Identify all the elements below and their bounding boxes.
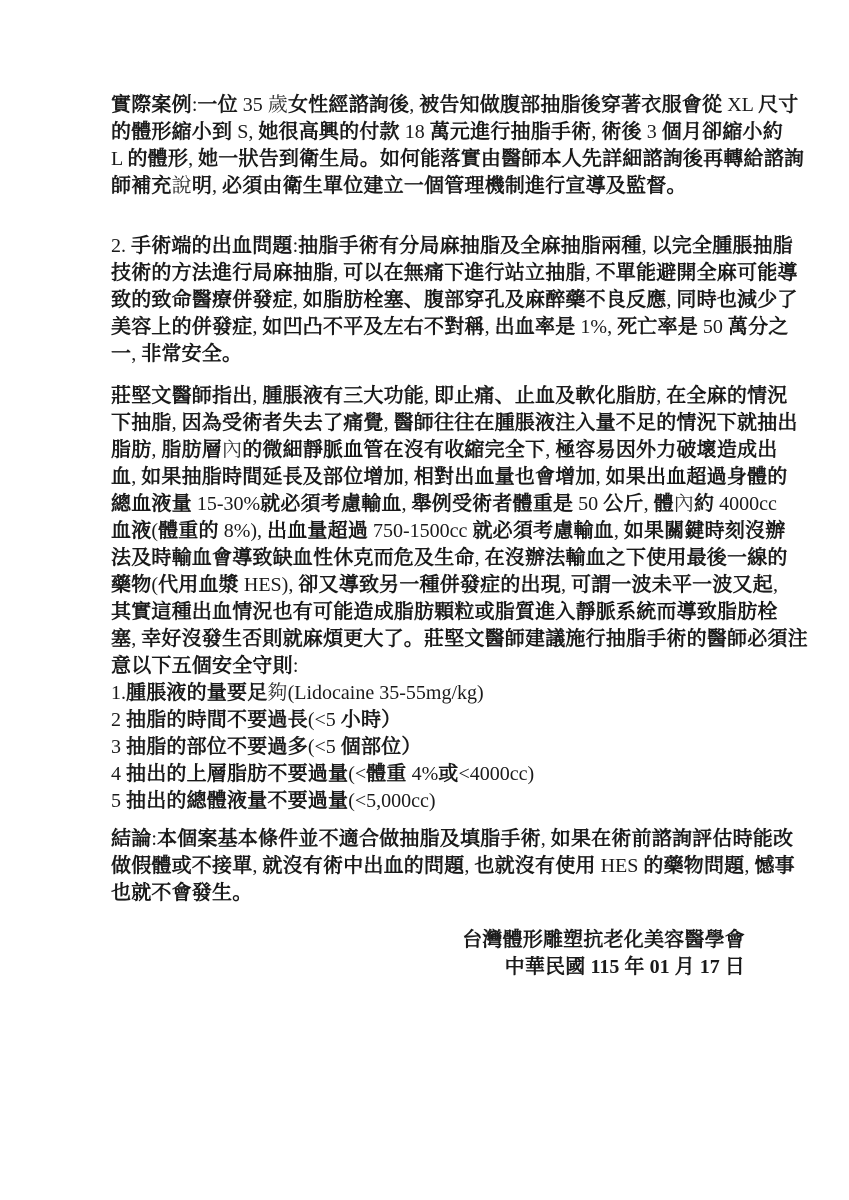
list-safety-rules: 1.腫脹液的量要足夠(Lidocaine 35-55mg/kg)2 抽脂的時間不… xyxy=(111,680,745,815)
text-line: 2 抽脂的時間不要過長(<5 小時） xyxy=(111,707,745,734)
text-line: 血, 如果抽脂時間延長及部位增加, 相對出血量也會增加, 如果出血超過身體的 xyxy=(111,464,745,491)
text-line: 其實這種出血情況也有可能造成脂肪顆粒或脂質進入靜脈系統而導致脂肪栓 xyxy=(111,599,745,626)
document-body: 實際案例:一位 35 歲女性經諮詢後, 被告知做腹部抽脂後穿著衣服會從 XL 尺… xyxy=(111,92,745,981)
text-line: 莊堅文醫師指出, 腫脹液有三大功能, 即止痛、止血及軟化脂肪, 在全麻的情況 xyxy=(111,383,745,410)
text-line: 師補充說明, 必須由衛生單位建立一個管理機制進行宣導及監督。 xyxy=(111,173,745,200)
text-line: 美容上的併發症, 如凹凸不平及左右不對稱, 出血率是 1%, 死亡率是 50 萬… xyxy=(111,314,745,341)
document-footer: 台灣體形雕塑抗老化美容醫學會 中華民國 115 年 01 月 17 日 xyxy=(111,927,745,981)
document-page: 實際案例:一位 35 歲女性經諮詢後, 被告知做腹部抽脂後穿著衣服會從 XL 尺… xyxy=(0,0,849,1200)
paragraph-bleeding-issue: 2. 手術端的出血問題:抽脂手術有分局麻抽脂及全麻抽脂兩種, 以完全腫脹抽脂技術… xyxy=(111,233,745,368)
text-line: 實際案例:一位 35 歲女性經諮詢後, 被告知做腹部抽脂後穿著衣服會從 XL 尺… xyxy=(111,92,745,119)
paragraph-tumescent-functions: 莊堅文醫師指出, 腫脹液有三大功能, 即止痛、止血及軟化脂肪, 在全麻的情況下抽… xyxy=(111,383,745,680)
text-line: 2. 手術端的出血問題:抽脂手術有分局麻抽脂及全麻抽脂兩種, 以完全腫脹抽脂 xyxy=(111,233,745,260)
text-line: 法及時輸血會導致缺血性休克而危及生命, 在沒辦法輸血之下使用最後一線的 xyxy=(111,545,745,572)
text-line: 血液(體重的 8%), 出血量超過 750-1500cc 就必須考慮輸血, 如果… xyxy=(111,518,745,545)
text-line: L 的體形, 她一狀告到衛生局。如何能落實由醫師本人先詳細諮詢後再轉給諮詢 xyxy=(111,146,745,173)
text-line: 3 抽脂的部位不要過多(<5 個部位） xyxy=(111,734,745,761)
text-line: 5 抽出的總體液量不要過量(<5,000cc) xyxy=(111,788,745,815)
text-line: 脂肪, 脂肪層內的微細靜脈血管在沒有收縮完全下, 極容易因外力破壞造成出 xyxy=(111,437,745,464)
text-line: 結論:本個案基本條件並不適合做抽脂及填脂手術, 如果在術前諮詢評估時能改 xyxy=(111,826,745,853)
text-line: 做假體或不接單, 就沒有術中出血的問題, 也就沒有使用 HES 的藥物問題, 憾… xyxy=(111,853,745,880)
text-line: 4 抽出的上層脂肪不要過量(<體重 4%或<4000cc) xyxy=(111,761,745,788)
text-line: 技術的方法進行局麻抽脂, 可以在無痛下進行站立抽脂, 不單能避開全麻可能導 xyxy=(111,260,745,287)
footer-organization: 台灣體形雕塑抗老化美容醫學會 xyxy=(111,927,745,954)
text-line: 下抽脂, 因為受術者失去了痛覺, 醫師往往在腫脹液注入量不足的情況下就抽出 xyxy=(111,410,745,437)
text-line: 塞, 幸好沒發生否則就麻煩更大了。莊堅文醫師建議施行抽脂手術的醫師必須注 xyxy=(111,626,745,653)
text-line: 1.腫脹液的量要足夠(Lidocaine 35-55mg/kg) xyxy=(111,680,745,707)
paragraph-case-example: 實際案例:一位 35 歲女性經諮詢後, 被告知做腹部抽脂後穿著衣服會從 XL 尺… xyxy=(111,92,745,200)
text-line: 總血液量 15-30%就必須考慮輸血, 舉例受術者體重是 50 公斤, 體內約 … xyxy=(111,491,745,518)
text-line: 意以下五個安全守則: xyxy=(111,653,745,680)
text-line: 藥物(代用血漿 HES), 卻又導致另一種併發症的出現, 可謂一波未平一波又起, xyxy=(111,572,745,599)
text-line: 也就不會發生。 xyxy=(111,880,745,907)
text-line: 的體形縮小到 S, 她很高興的付款 18 萬元進行抽脂手術, 術後 3 個月卻縮… xyxy=(111,119,745,146)
text-line: 一, 非常安全。 xyxy=(111,341,745,368)
paragraph-conclusion: 結論:本個案基本條件並不適合做抽脂及填脂手術, 如果在術前諮詢評估時能改做假體或… xyxy=(111,826,745,907)
footer-date: 中華民國 115 年 01 月 17 日 xyxy=(111,954,745,981)
text-line: 致的致命醫療併發症, 如脂肪栓塞、腹部穿孔及麻醉藥不良反應, 同時也減少了 xyxy=(111,287,745,314)
